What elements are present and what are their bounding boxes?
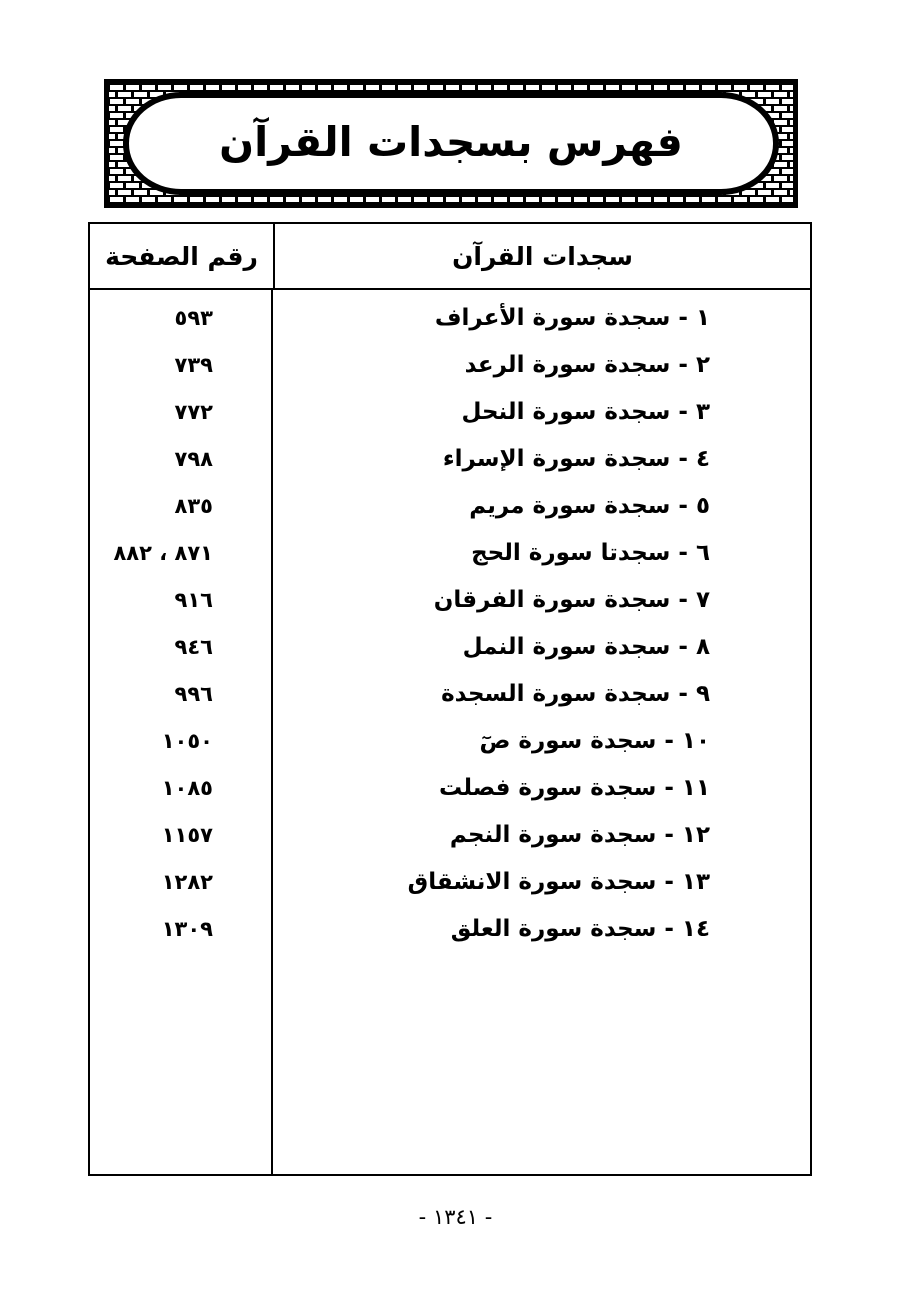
page-number-cell: ٩٤٦: [90, 624, 271, 671]
table-header-row: رقم الصفحة سجدات القرآن: [90, 224, 810, 290]
folio-page-number: - ١٣٤١ -: [0, 1205, 911, 1229]
entries-column: ١ - سجدة سورة الأعراف ٢ - سجدة سورة الرع…: [273, 290, 810, 1174]
page-title: فهرس بسجدات القرآن: [219, 118, 683, 166]
title-pill: فهرس بسجدات القرآن: [123, 92, 779, 195]
sajdah-entry: ٥ - سجدة سورة مريم: [273, 483, 810, 530]
sajdah-entry: ١٢ - سجدة سورة النجم: [273, 812, 810, 859]
book-page: فهرس بسجدات القرآن رقم الصفحة سجدات القر…: [0, 0, 911, 1314]
page-numbers-column: ٥٩٣ ٧٣٩ ٧٧٢ ٧٩٨ ٨٣٥ ٨٧١ ، ٨٨٢ ٩١٦ ٩٤٦ ٩٩…: [90, 290, 273, 1174]
sajdah-entry: ١٠ - سجدة سورة صٓ: [273, 718, 810, 765]
entries-column-header: سجدات القرآن: [452, 242, 633, 271]
page-number-cell: ٩٩٦: [90, 671, 271, 718]
sajdah-index-table: رقم الصفحة سجدات القرآن ٥٩٣ ٧٣٩ ٧٧٢ ٧٩٨ …: [88, 222, 812, 1176]
page-number-column-header: رقم الصفحة: [105, 242, 258, 271]
page-number-cell: ١٢٨٢: [90, 859, 271, 906]
page-number-cell: ١٠٥٠: [90, 718, 271, 765]
page-number-column-header-cell: رقم الصفحة: [90, 224, 275, 288]
sajdah-entry: ٢ - سجدة سورة الرعد: [273, 342, 810, 389]
sajdah-entry: ٧ - سجدة سورة الفرقان: [273, 577, 810, 624]
page-number-cell: ٥٩٣: [90, 295, 271, 342]
entries-column-header-cell: سجدات القرآن: [275, 224, 810, 288]
sajdah-entry: ١٤ - سجدة سورة العلق: [273, 906, 810, 953]
table-body: ٥٩٣ ٧٣٩ ٧٧٢ ٧٩٨ ٨٣٥ ٨٧١ ، ٨٨٢ ٩١٦ ٩٤٦ ٩٩…: [90, 290, 810, 1174]
sajdah-entry: ٤ - سجدة سورة الإسراء: [273, 436, 810, 483]
title-banner: فهرس بسجدات القرآن: [104, 79, 798, 208]
sajdah-entry: ١٣ - سجدة سورة الانشقاق: [273, 859, 810, 906]
sajdah-entry: ٨ - سجدة سورة النمل: [273, 624, 810, 671]
page-number-cell: ٨٧١ ، ٨٨٢: [90, 530, 271, 577]
sajdah-entry: ٦ - سجدتا سورة الحج: [273, 530, 810, 577]
sajdah-entry: ١ - سجدة سورة الأعراف: [273, 295, 810, 342]
page-number-cell: ٧٩٨: [90, 436, 271, 483]
page-number-cell: ١١٥٧: [90, 812, 271, 859]
page-number-cell: ١٠٨٥: [90, 765, 271, 812]
page-number-cell: ٩١٦: [90, 577, 271, 624]
sajdah-entry: ٣ - سجدة سورة النحل: [273, 389, 810, 436]
sajdah-entry: ١١ - سجدة سورة فصلت: [273, 765, 810, 812]
page-number-cell: ١٣٠٩: [90, 906, 271, 953]
sajdah-entry: ٩ - سجدة سورة السجدة: [273, 671, 810, 718]
page-number-cell: ٧٣٩: [90, 342, 271, 389]
page-number-cell: ٧٧٢: [90, 389, 271, 436]
page-number-cell: ٨٣٥: [90, 483, 271, 530]
